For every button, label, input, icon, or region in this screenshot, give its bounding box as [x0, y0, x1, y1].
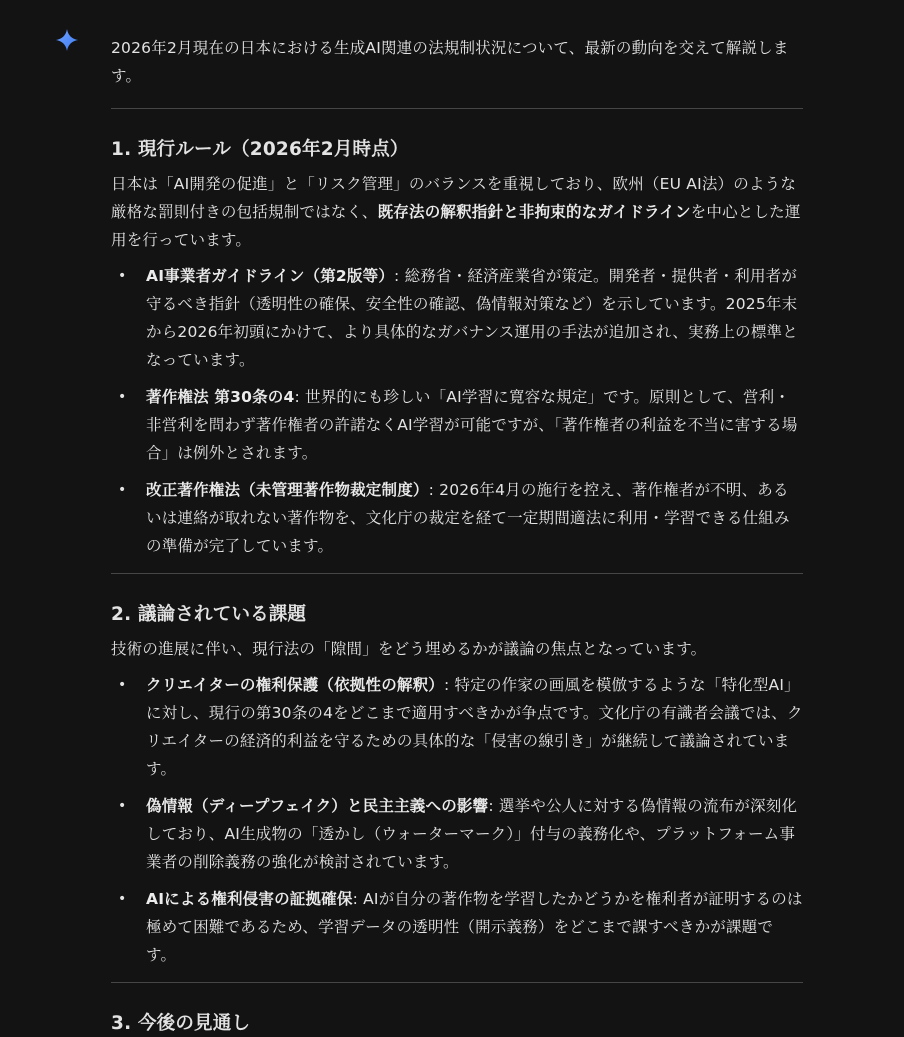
- section-lead: 技術の進展に伴い、現行法の「隙間」をどう埋めるかが議論の焦点となっています。: [111, 635, 803, 663]
- list-item: •AIによる権利侵害の証拠確保: AIが自分の著作物を学習したかどうかを権利者が…: [111, 885, 803, 969]
- bullet-list: •クリエイターの権利保護（依拠性の解釈）: 特定の作家の画風を模倣するような「特…: [111, 671, 803, 969]
- bullet-icon: •: [118, 792, 126, 820]
- divider: [111, 982, 803, 983]
- bullet-list: •AI事業者ガイドライン（第2版等）: 総務省・経済産業省が策定。開発者・提供者…: [111, 262, 803, 560]
- bullet-icon: •: [118, 671, 126, 699]
- list-item: •改正著作権法（未管理著作物裁定制度）: 2026年4月の施行を控え、著作権者が…: [111, 476, 803, 560]
- response-body: 2026年2月現在の日本における生成AI関連の法規制状況について、最新の動向を交…: [111, 34, 803, 1037]
- divider: [111, 573, 803, 574]
- item-title: 改正著作権法（未管理著作物裁定制度）: [146, 481, 429, 499]
- item-title: AI事業者ガイドライン（第2版等）: [146, 267, 394, 285]
- section-heading-outlook: 3. 今後の見通し: [111, 1010, 803, 1037]
- section-heading-issues: 2. 議論されている課題: [111, 601, 803, 629]
- bullet-icon: •: [118, 476, 126, 504]
- bullet-icon: •: [118, 383, 126, 411]
- section-heading-current-rules: 1. 現行ルール（2026年2月時点）: [111, 136, 803, 164]
- divider: [111, 108, 803, 109]
- list-item: •クリエイターの権利保護（依拠性の解釈）: 特定の作家の画風を模倣するような「特…: [111, 671, 803, 783]
- bullet-icon: •: [118, 262, 126, 290]
- intro-paragraph: 2026年2月現在の日本における生成AI関連の法規制状況について、最新の動向を交…: [111, 34, 803, 90]
- item-title: 偽情報（ディープフェイク）と民主主義への影響: [146, 797, 488, 815]
- item-title: クリエイターの権利保護（依拠性の解釈）: [146, 676, 444, 694]
- bullet-icon: •: [118, 885, 126, 913]
- section-lead: 日本は「AI開発の促進」と「リスク管理」のバランスを重視しており、欧州（EU A…: [111, 170, 803, 254]
- gemini-sparkle-icon: [55, 28, 79, 52]
- list-item: •AI事業者ガイドライン（第2版等）: 総務省・経済産業省が策定。開発者・提供者…: [111, 262, 803, 374]
- list-item: •偽情報（ディープフェイク）と民主主義への影響: 選挙や公人に対する偽情報の流布…: [111, 792, 803, 876]
- list-item: •著作権法 第30条の4: 世界的にも珍しい「AI学習に寛容な規定」です。原則と…: [111, 383, 803, 467]
- item-title: 著作権法 第30条の4: [146, 388, 294, 406]
- item-title: AIによる権利侵害の証拠確保: [146, 890, 353, 908]
- lead-emphasis: 既存法の解釈指針と非拘束的なガイドライン: [378, 203, 691, 221]
